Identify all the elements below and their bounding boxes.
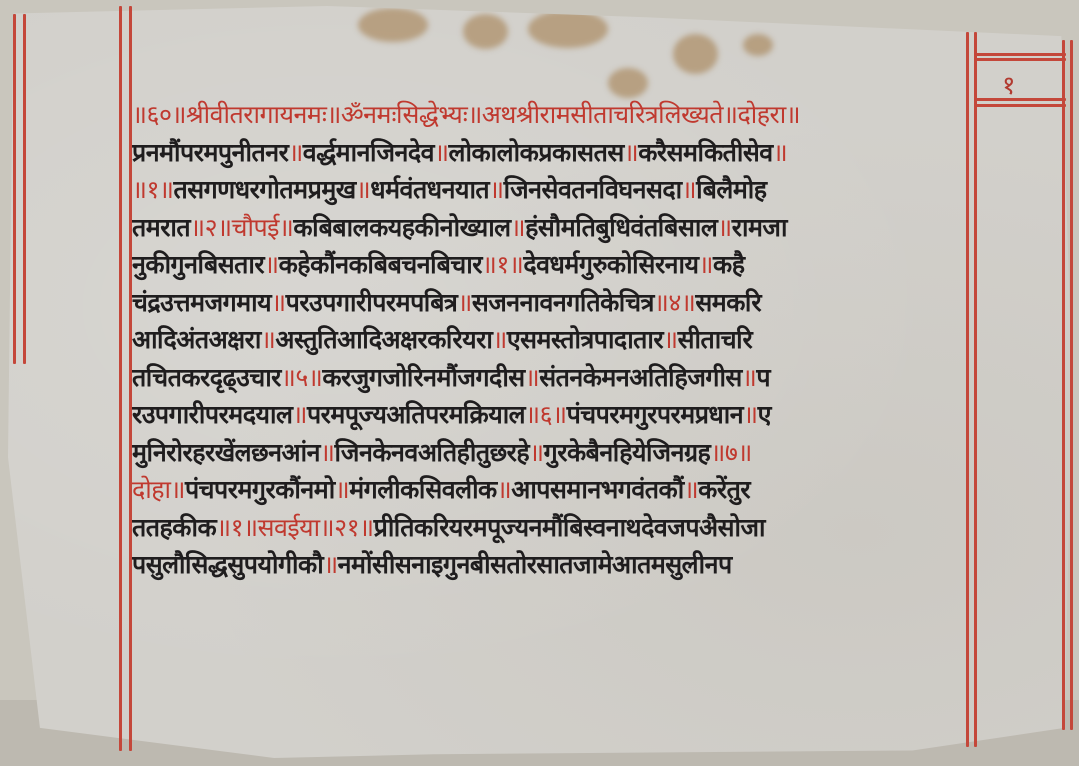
water-stain (463, 14, 508, 49)
rubric-text: ॥ (773, 138, 787, 167)
page-box-rule-top (976, 53, 1066, 56)
body-text: प्रनमौंपरमपुनीतनर (132, 138, 288, 167)
body-text: आपसमानभगवंतकौं (511, 475, 683, 504)
body-text: करैसमकितीसेव (638, 138, 772, 167)
manuscript-line: आदिअंतअक्षरा॥अस्तुतिआदिअक्षरकरियरा॥एसमस्… (132, 321, 968, 359)
rubric-text: ॥ (624, 138, 638, 167)
body-text: लोकालोकप्रकासतस (449, 138, 624, 167)
manuscript-line: चंद्रउत्तमजगमाय॥परउपगारीपरमपबित्र॥सजननाव… (132, 284, 968, 322)
manuscript-line: ॥६०॥श्रीवीतरागायनमः॥ॐनमःसिद्धेभ्यः॥अथश्र… (132, 96, 968, 134)
page-box-rule-bottom (976, 104, 1066, 107)
margin-rule-right-outer (1062, 40, 1065, 730)
water-stain (528, 10, 608, 48)
margin-rule-right-inner (974, 32, 977, 747)
rubric-text: ॥ (489, 175, 503, 204)
body-text: चंद्रउत्तमजगमाय (132, 288, 271, 317)
rubric-text: ॥ (529, 438, 543, 467)
body-text: मुनिरोरहरखेंलछनआंन (132, 438, 320, 467)
body-text: सीताचरि (678, 325, 753, 354)
body-text: प्रीतिकरियरमपूज्यनमौंबिस्वनाथदेवजपअैसोजा (374, 513, 765, 542)
rubric-text: ॥ (492, 325, 506, 354)
body-text: हंसौमतिबुधिवंतबिसाल (525, 213, 717, 242)
rubric-text: ॥१॥ (482, 250, 523, 279)
rubric-text: ॥६॥ (525, 400, 566, 429)
rubric-text: ॥ (682, 175, 696, 204)
manuscript-line: दोहा॥पंचपरमगुरकौंनमो॥मंगलीकसिवलीक॥आपसमान… (132, 471, 968, 509)
rubric-text: ॥ (743, 400, 757, 429)
body-text: ए (758, 400, 771, 429)
body-text: समकरि (695, 288, 761, 317)
body-text: परउपगारीपरमपबित्र (286, 288, 458, 317)
rubric-text: ॥ (684, 475, 698, 504)
body-text: जिनकेनवअतिहीतुछरहे (334, 438, 529, 467)
body-text: परमपूज्यअतिपरमक्रियाल (307, 400, 525, 429)
body-text: रउपगारीपरमदयाल (132, 400, 292, 429)
rubric-text: ॥ (717, 213, 731, 242)
manuscript-line: ॥१॥तसगणधरगोतमप्रमुख॥धर्मवंतधनयात॥जिनसेवत… (132, 171, 968, 209)
margin-rule-left-outer (13, 14, 16, 364)
body-text: जिनसेवतनविघनसदा (504, 175, 682, 204)
manuscript-text: ॥६०॥श्रीवीतरागायनमः॥ॐनमःसिद्धेभ्यः॥अथश्र… (132, 96, 968, 584)
margin-rule-left-inner (119, 6, 122, 751)
rubric-text: ॥ (742, 363, 756, 392)
body-text: रामजा (732, 213, 787, 242)
body-text: करजुगजोरिनमौंजगदीस (322, 363, 524, 392)
rubric-text: ॥ (288, 138, 302, 167)
water-stain (608, 68, 648, 98)
rubric-text: ॥ (356, 175, 370, 204)
rubric-text: ॥ (335, 475, 349, 504)
margin-rule-left-outer (23, 14, 26, 364)
rubric-text: दोहा॥ (132, 475, 185, 504)
body-text: ततहकीक (132, 513, 216, 542)
page-box-rule-bottom (976, 98, 1066, 101)
folio-number: १ (1002, 66, 1016, 102)
body-text: कहै (713, 250, 744, 279)
rubric-text: ॥ (663, 325, 677, 354)
manuscript-line: पसुलौसिद्धसुपयोगीकौ॥नमोंसीसनाइगुनबीसतोरस… (132, 546, 968, 584)
rubric-text: ॥ (525, 363, 539, 392)
rubric-text: ॥ (292, 400, 306, 429)
body-text: कबिबालकयहकीनोख्याल (293, 213, 510, 242)
body-text: सजननावनगतिकेचित्र (472, 288, 654, 317)
body-text: पंचपरमगुरपरमप्रधान (567, 400, 744, 429)
rubric-text: ॥ (264, 250, 278, 279)
rubric-text: ॥२॥चौपई॥ (190, 213, 293, 242)
manuscript-line: तमरात॥२॥चौपई॥कबिबालकयहकीनोख्याल॥हंसौमतिब… (132, 209, 968, 247)
body-text: नुकीगुनबिसतार (132, 250, 264, 279)
rubric-text: ॥१॥ (132, 175, 173, 204)
rubric-text: ॥ (457, 288, 471, 317)
body-text: पसुलौसिद्धसुपयोगीकौ (132, 550, 323, 579)
margin-rule-right-outer (1070, 40, 1073, 730)
rubric-text: ॥ (497, 475, 511, 504)
rubric-text: ॥४॥ (654, 288, 695, 317)
water-stain (673, 34, 718, 74)
rubric-text: ॥ (699, 250, 713, 279)
body-text: तसगणधरगोतमप्रमुख (173, 175, 355, 204)
body-text: प (756, 363, 770, 392)
manuscript-line: रउपगारीपरमदयाल॥परमपूज्यअतिपरमक्रियाल॥६॥प… (132, 396, 968, 434)
body-text: धर्मवंतधनयात (370, 175, 489, 204)
body-text: एसमस्तोत्रपादातार (507, 325, 663, 354)
rubric-text: ॥७॥ (710, 438, 751, 467)
body-text: कहेकौंनकबिबचनबिचार (279, 250, 482, 279)
body-text: संतनकेमनअतिहिजगीस (539, 363, 742, 392)
body-text: वर्द्धमानजिनदेव (303, 138, 434, 167)
manuscript-line: प्रनमौंपरमपुनीतनर॥वर्द्धमानजिनदेव॥लोकालो… (132, 134, 968, 172)
body-text: अस्तुतिआदिअक्षरकरियरा (275, 325, 492, 354)
page-box-rule-top (976, 58, 1066, 61)
body-text: देवधर्मगुरुकोसिरनाय (523, 250, 698, 279)
rubric-text: ॥५॥ (281, 363, 322, 392)
manuscript-line: तचितकरदृढ्उचार॥५॥करजुगजोरिनमौंजगदीस॥संतन… (132, 359, 968, 397)
rubric-text: ॥ (434, 138, 448, 167)
rubric-text: ॥ (323, 550, 337, 579)
body-text: करेंतुर (698, 475, 750, 504)
body-text: पंचपरमगुरकौंनमो (185, 475, 335, 504)
body-text: नमोंसीसनाइगुनबीसतोरसातजामेआतमसुलीनप (338, 550, 732, 579)
water-stain (358, 8, 428, 42)
water-stain (743, 34, 773, 56)
manuscript-line: मुनिरोरहरखेंलछनआंन॥जिनकेनवअतिहीतुछरहे॥गु… (132, 434, 968, 472)
body-text: मंगलीकसिवलीक (349, 475, 497, 504)
body-text: बिलैमोह (696, 175, 766, 204)
body-text: तचितकरदृढ्उचार (132, 363, 281, 392)
rubric-text: ॥ (511, 213, 525, 242)
rubric-text: ॥ (261, 325, 275, 354)
rubric-text: ॥१॥सवईया॥२१॥ (216, 513, 373, 542)
manuscript-line: नुकीगुनबिसतार॥कहेकौंनकबिबचनबिचार॥१॥देवधर… (132, 246, 968, 284)
rubric-text: ॥६०॥श्रीवीतरागायनमः॥ॐनमःसिद्धेभ्यः॥अथश्र… (132, 100, 800, 129)
body-text: गुरकेबैनहियेजिनग्रह (544, 438, 711, 467)
rubric-text: ॥ (271, 288, 285, 317)
manuscript-line: ततहकीक॥१॥सवईया॥२१॥प्रीतिकरियरमपूज्यनमौंब… (132, 509, 968, 547)
rubric-text: ॥ (320, 438, 334, 467)
body-text: तमरात (132, 213, 190, 242)
body-text: आदिअंतअक्षरा (132, 325, 261, 354)
